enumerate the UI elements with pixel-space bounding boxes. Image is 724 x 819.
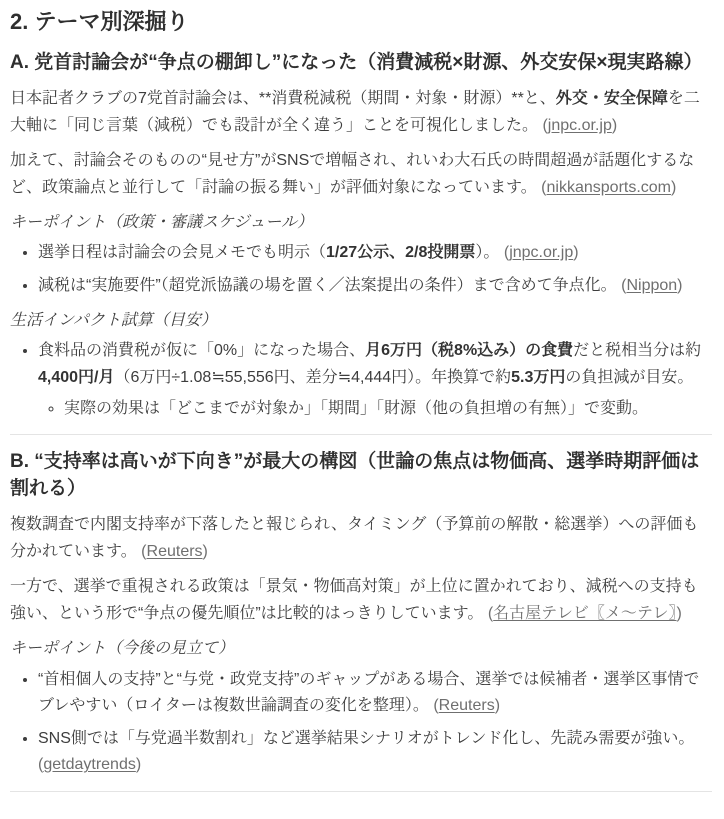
text-run: 実際の効果は「どこまでが対象か」「期間」「財源（他の負担増の有無）」で変動。 xyxy=(64,400,648,417)
citation-paren: ) xyxy=(677,605,682,622)
citation-paren: ( xyxy=(617,277,627,294)
bold-text: 4,400円/月 xyxy=(38,369,115,386)
keypoint-label: 生活インパクト試算（目安） xyxy=(10,308,712,335)
list-item: 選挙日程は討論会の会見メモでも明示（1/27公示、2/8投開票）。 (jnpc.… xyxy=(38,240,712,267)
text-run: SNS側では「与党過半数割れ」など選挙結果シナリオがトレンド化し、先読み需要が強… xyxy=(38,730,694,747)
sub-list-item: 実際の効果は「どこまでが対象か」「期間」「財源（他の負担増の有無）」で変動。 xyxy=(64,396,712,423)
bold-text: 月6万円（税8%込み）の食費 xyxy=(365,342,573,359)
citation-link[interactable]: 名古屋テレビ〖メ〜テレ〗 xyxy=(493,605,676,622)
text-run: “首相個人の支持”と“与党・政党支持”のギャップがある場合、選挙では候補者・選挙… xyxy=(38,671,699,715)
divider xyxy=(10,791,712,792)
bold-text: 1/27公示、2/8投開票 xyxy=(326,244,475,261)
text-run: 生活インパクト試算（目安） xyxy=(10,312,217,329)
text-run: 減税は“実施要件”（超党派協議の場を置く／法案提出の条件）まで含めて争点化。 xyxy=(38,277,617,294)
citation-paren: ( xyxy=(483,605,493,622)
citation-paren: ( xyxy=(499,244,509,261)
citation-paren: ) xyxy=(671,179,676,196)
keypoint-label: キーポイント（政策・審議スケジュール） xyxy=(10,210,712,237)
citation-paren: ) xyxy=(495,697,500,714)
text-run: の負担減が目安。 xyxy=(565,369,693,386)
bullet-list: “首相個人の支持”と“与党・政党支持”のギャップがある場合、選挙では候補者・選挙… xyxy=(10,667,712,779)
text-run: だと税相当分は約 xyxy=(573,342,701,359)
text-run: 2. テーマ別深掘り xyxy=(10,9,188,34)
citation-link[interactable]: getdaytrends xyxy=(43,756,136,773)
text-run: キーポイント（政策・審議スケジュール） xyxy=(10,214,313,231)
citation-link[interactable]: jnpc.or.jp xyxy=(509,244,573,261)
bullet-list: 食料品の消費税が仮に「0%」になった場合、月6万円（税8%込み）の食費だと税相当… xyxy=(10,338,712,422)
divider xyxy=(10,434,712,435)
citation-paren: ) xyxy=(573,244,578,261)
list-item: 食料品の消費税が仮に「0%」になった場合、月6万円（税8%込み）の食費だと税相当… xyxy=(38,338,712,422)
text-run: 日本記者クラブの7党首討論会は、**消費税減税（期間・対象・財源）**と、 xyxy=(10,90,556,107)
paragraph: 複数調査で内閣支持率が下落したと報じられ、タイミング（予算前の解散・総選挙）への… xyxy=(10,512,712,566)
text-run: ）。 xyxy=(475,244,499,261)
citation-paren: ) xyxy=(612,117,617,134)
paragraph: 加えて、討論会そのものの“見せ方”がSNSで増幅され、れいわ大石氏の時間超過が話… xyxy=(10,148,712,202)
text-run: B. “支持率は高いが下向き”が最大の構図（世論の焦点は物価高、選挙時期評価は割… xyxy=(10,451,699,499)
citation-link[interactable]: jnpc.or.jp xyxy=(548,117,612,134)
document-body: 2. テーマ別深掘りA. 党首討論会が“争点の棚卸し”になった（消費減税×財源、… xyxy=(0,0,724,812)
text-run: 食料品の消費税が仮に「0%」になった場合、 xyxy=(38,342,365,359)
page-title: 2. テーマ別深掘り xyxy=(10,8,712,36)
citation-link[interactable]: Reuters xyxy=(439,697,495,714)
sub-bullet-list: 実際の効果は「どこまでが対象か」「期間」「財源（他の負担増の有無）」で変動。 xyxy=(38,396,712,423)
section-heading: A. 党首討論会が“争点の棚卸し”になった（消費減税×財源、外交安保×現実路線） xyxy=(10,50,712,77)
list-item: 減税は“実施要件”（超党派協議の場を置く／法案提出の条件）まで含めて争点化。 (… xyxy=(38,273,712,300)
citation-link[interactable]: nikkansports.com xyxy=(547,179,672,196)
text-run: A. 党首討論会が“争点の棚卸し”になった（消費減税×財源、外交安保×現実路線） xyxy=(10,52,702,73)
citation-link[interactable]: Nippon xyxy=(626,277,677,294)
list-item: “首相個人の支持”と“与党・政党支持”のギャップがある場合、選挙では候補者・選挙… xyxy=(38,667,712,720)
citation-paren: ) xyxy=(677,277,682,294)
bold-text: 5.3万円 xyxy=(511,369,565,386)
text-run: 選挙日程は討論会の会見メモでも明示（ xyxy=(38,244,326,261)
citation-paren: ) xyxy=(136,756,141,773)
section-heading: B. “支持率は高いが下向き”が最大の構図（世論の焦点は物価高、選挙時期評価は割… xyxy=(10,449,712,502)
citation-paren: ) xyxy=(203,543,208,560)
text-run: キーポイント（今後の見立て） xyxy=(10,640,234,657)
text-run: 複数調査で内閣支持率が下落したと報じられ、タイミング（予算前の解散・総選挙）への… xyxy=(10,516,698,560)
keypoint-label: キーポイント（今後の見立て） xyxy=(10,636,712,663)
citation-paren: ( xyxy=(137,543,147,560)
bold-text: 外交・安全保障 xyxy=(556,90,668,107)
citation-link[interactable]: Reuters xyxy=(147,543,203,560)
bullet-list: 選挙日程は討論会の会見メモでも明示（1/27公示、2/8投開票）。 (jnpc.… xyxy=(10,240,712,299)
list-item: SNS側では「与党過半数割れ」など選挙結果シナリオがトレンド化し、先読み需要が強… xyxy=(38,726,712,779)
paragraph: 一方で、選挙で重視される政策は「景気・物価高対策」が上位に置かれており、減税への… xyxy=(10,574,712,628)
paragraph: 日本記者クラブの7党首討論会は、**消費税減税（期間・対象・財源）**と、外交・… xyxy=(10,86,712,140)
citation-paren: ( xyxy=(429,697,439,714)
citation-paren: ( xyxy=(538,117,548,134)
text-run: （6万円÷1.08≒55,556円、差分≒4,444円）。年換算で約 xyxy=(115,369,512,386)
citation-paren: ( xyxy=(537,179,547,196)
